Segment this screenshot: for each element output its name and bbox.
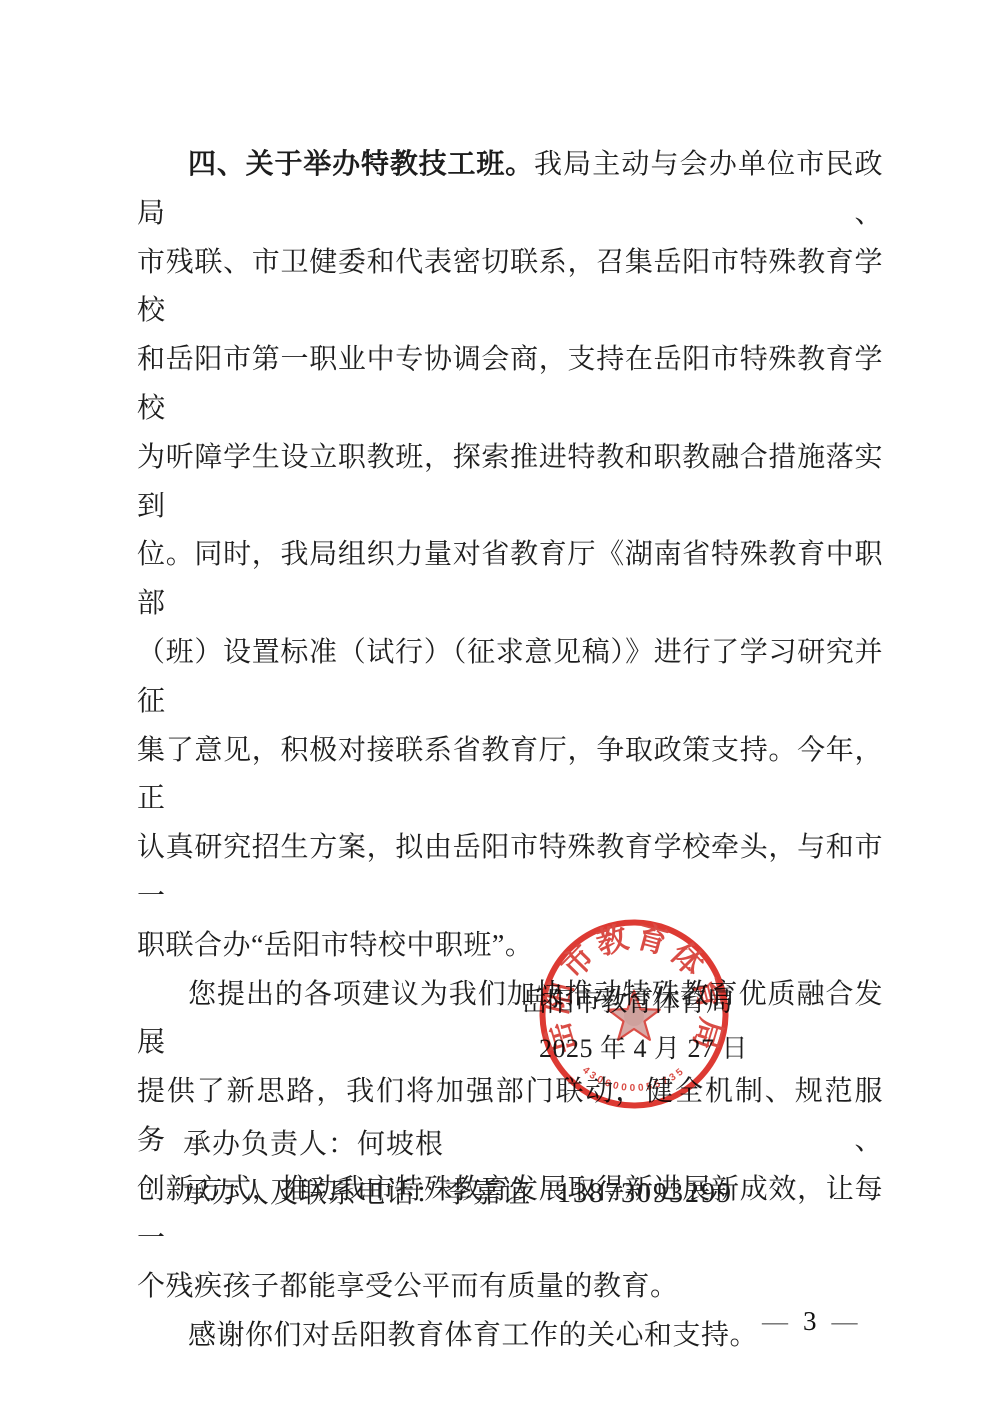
paragraph-line: 集了意见，积极对接联系省教育厅，争取政策支持。今年，正 (137, 727, 883, 825)
signature-organization: 岳阳市教育体育局 (521, 980, 732, 1019)
page-number-dash-right: — (832, 1307, 858, 1337)
paragraph-line: 位。同时，我局组织力量对省教育厅《湖南省特殊教育中职部 (137, 531, 883, 629)
paragraph-line: 您提出的各项建议为我们加快推动特殊教育优质融合发展 (137, 971, 883, 1069)
paragraph-line: 为听障学生设立职教班，探索推进特教和职教融合措施落实到 (137, 434, 883, 532)
paragraph-line: 个残疾孩子都能享受公平而有质量的教育。 (137, 1263, 883, 1312)
paragraph-line: 市残联、市卫健委和代表密切联系，召集岳阳市特殊教育学校 (137, 239, 883, 337)
signature-date: 2025 年 4 月 27 日 (539, 1028, 748, 1065)
paragraph-line: 四、关于举办特教技工班。我局主动与会办单位市民政局、 (137, 140, 883, 239)
paragraph-line: 和岳阳市第一职业中专协调会商，支持在岳阳市特殊教育学校 (137, 336, 883, 434)
contact-name: 李嘉谊 (444, 1178, 531, 1209)
page-number-dash-left: — (762, 1307, 788, 1337)
paragraph-line: 认真研究招生方案，拟由岳阳市特殊教育学校牵头，与和市一 (137, 824, 883, 922)
document-page: 四、关于举办特教技工班。我局主动与会办单位市民政局、 市残联、市卫健委和代表密切… (0, 0, 1000, 1414)
handler-line: 承办负责人：何坡根 (183, 1122, 444, 1162)
contact-phone-line: 承办人及联系电话：李嘉谊13873093299 (183, 1171, 733, 1211)
paragraph-line: （班）设置标准（试行）（征求意见稿）》进行了学习研究并征 (137, 629, 883, 727)
paragraph-line: 职联合办“岳阳市特校中职班”。 (137, 922, 883, 971)
contact-label: 承办人及联系电话： (183, 1178, 444, 1209)
page-number: — 3 — (762, 1306, 858, 1337)
handler-label: 承办负责人： (183, 1129, 357, 1160)
page-number-value: 3 (803, 1306, 817, 1337)
section-heading: 四、关于举办特教技工班。 (188, 148, 534, 179)
handler-name: 何坡根 (357, 1129, 444, 1160)
contact-phone-number: 13873093299 (557, 1178, 733, 1209)
